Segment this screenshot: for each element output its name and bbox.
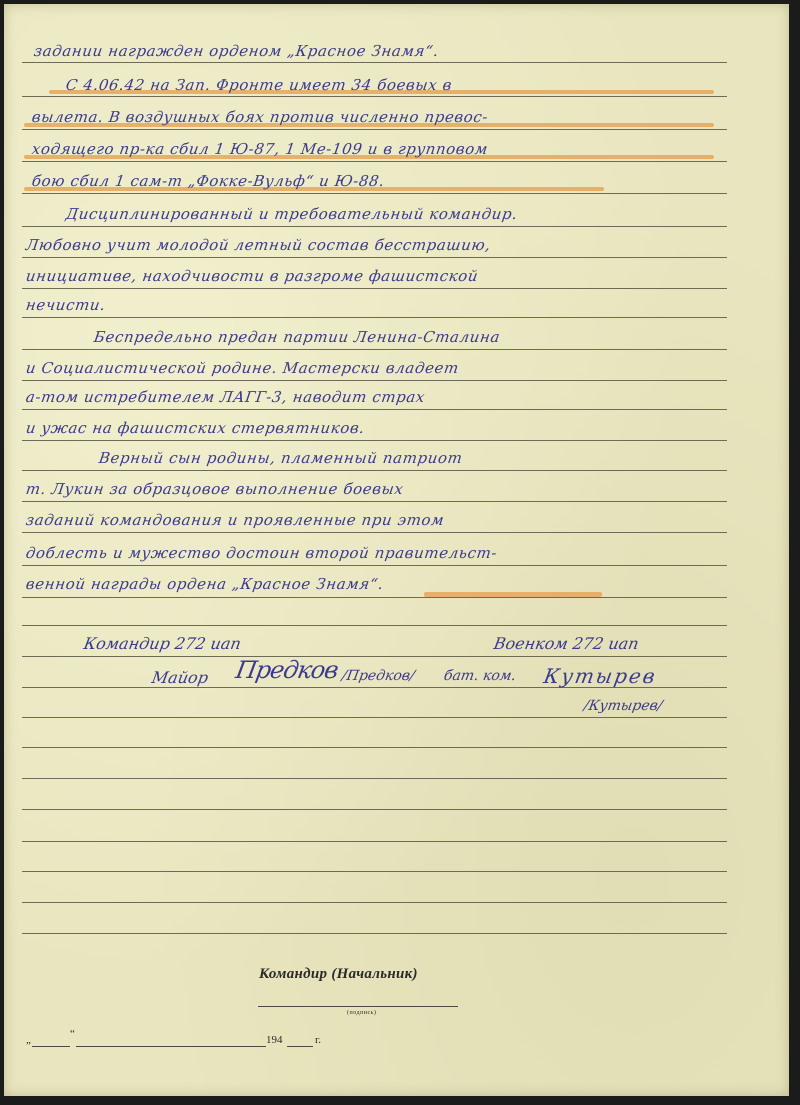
ruled-line (22, 841, 727, 842)
handwritten-line: заданий командования и проявленные при э… (25, 511, 446, 529)
date-quote-open: „ (26, 1034, 31, 1046)
year-prefix: 194 (266, 1034, 283, 1046)
ruled-line (22, 778, 727, 779)
handwritten-line: Верный сын родины, пламенный патриот (98, 449, 464, 467)
ruled-line (22, 625, 727, 626)
ruled-line (22, 470, 727, 471)
commissar-signature: Кутырев (542, 664, 659, 688)
ruled-line (22, 129, 727, 130)
ruled-line (22, 902, 727, 903)
day-line (32, 1046, 70, 1047)
ruled-line (22, 409, 727, 410)
commissar-rank: бат. ком. (443, 668, 518, 684)
handwritten-line: ходящего пр-ка сбил 1 Ю-87, 1 Ме-109 и в… (31, 140, 490, 158)
ruled-line (22, 809, 727, 810)
handwritten-line: Дисциплинированный и требовательный кома… (65, 205, 519, 223)
ruled-line (22, 871, 727, 872)
ruled-line (22, 380, 727, 381)
ruled-line (22, 62, 727, 63)
ruled-line (22, 257, 727, 258)
commander-rank: Майор (150, 668, 209, 687)
handwritten-line: Беспредельно предан партии Ленина-Сталин… (93, 328, 502, 346)
handwritten-line: задании награжден орденом „Красное Знамя… (33, 42, 440, 60)
handwritten-line: Любовно учит молодой летный состав бесст… (25, 236, 492, 254)
handwritten-line: т. Лукин за образцовое выполнение боевых (25, 480, 405, 498)
month-line (76, 1046, 266, 1047)
commander-name: /Предков/ (341, 668, 417, 684)
ruled-line (22, 532, 727, 533)
handwritten-line: а-том истребителем ЛАГГ-3, наводит страх (25, 388, 427, 406)
handwritten-line: венной награды ордена „Красное Знамя“. (25, 575, 385, 593)
ruled-line (22, 349, 727, 350)
year-line (287, 1046, 313, 1047)
ruled-line (22, 501, 727, 502)
commander-signature: Предков (234, 656, 340, 684)
highlight-underline (424, 592, 602, 597)
ruled-line (22, 656, 727, 657)
ruled-line (22, 317, 727, 318)
ruled-line (22, 933, 727, 934)
handwritten-line: инициативе, находчивости в разгроме фаши… (25, 267, 480, 285)
document-page: задании награжден орденом „Красное Знамя… (4, 4, 789, 1096)
signature-caption: (подпись) (347, 1010, 376, 1016)
commissar-title: Военком 272 иап (492, 634, 640, 653)
handwritten-line: вылета. В воздушных боях против численно… (31, 108, 490, 126)
ruled-line (22, 565, 727, 566)
footer-title: Командир (Начальник) (259, 966, 418, 983)
ruled-line (22, 161, 727, 162)
handwritten-line: бою сбил 1 сам-т „Фокке-Вульф“ и Ю-88. (31, 172, 386, 190)
ruled-line (22, 226, 727, 227)
handwritten-line: С 4.06.42 на Зап. Фронте имеет 34 боевых… (65, 76, 454, 94)
commissar-name: /Кутырев/ (583, 698, 664, 714)
ruled-line (22, 193, 727, 194)
ruled-line (22, 747, 727, 748)
handwritten-line: нечисти. (25, 296, 107, 314)
handwritten-line: и ужас на фашистских стервятников. (25, 419, 366, 437)
date-quote-close: “ (70, 1028, 75, 1040)
handwritten-line: доблесть и мужество достоин второй прави… (25, 544, 499, 562)
ruled-line (22, 597, 727, 598)
ruled-line (22, 440, 727, 441)
handwritten-line: и Социалистической родине. Мастерски вла… (25, 359, 460, 377)
signature-line (258, 1006, 458, 1007)
year-suffix: г. (315, 1034, 321, 1046)
ruled-line (22, 288, 727, 289)
commander-title: Командир 272 иап (82, 634, 242, 653)
ruled-line (22, 96, 727, 97)
ruled-line (22, 717, 727, 718)
